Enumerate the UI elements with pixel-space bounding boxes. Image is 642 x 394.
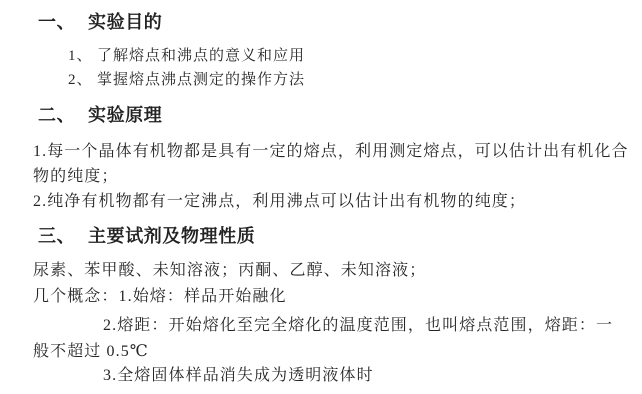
section-heading-3: 三、主要试剂及物理性质 [38,227,255,245]
paragraph-line: 1.每一个晶体有机物都是具有一定的熔点，利用测定熔点，可以估计出有机化合 [33,144,629,160]
paragraph-line: 般不超过 0.5℃ [33,344,149,360]
paragraph-line: 3.全熔固体样品消失成为透明液体时 [103,368,374,384]
list-item: 1、了解熔点和沸点的意义和应用 [68,49,305,64]
section-number: 二、 [38,106,88,124]
list-item-number: 2、 [68,73,97,88]
section-title: 主要试剂及物理性质 [88,226,255,246]
list-item-number: 1、 [68,49,97,64]
paragraph-line: 尿素、苯甲酸、未知溶液；丙酮、乙醇、未知溶液； [33,263,426,279]
list-item: 2、掌握熔点沸点测定的操作方法 [68,73,305,88]
section-title: 实验原理 [88,105,162,125]
paragraph-line: 2.纯净有机物都有一定沸点，利用沸点可以估计出有机物的纯度； [33,194,526,210]
section-number: 一、 [38,13,88,31]
paragraph-line: 2.熔距：开始熔化至完全熔化的温度范围，也叫熔点范围，熔距：一 [103,318,613,334]
section-heading-2: 二、实验原理 [38,106,162,124]
list-item-text: 掌握熔点沸点测定的操作方法 [97,72,305,88]
section-title: 实验目的 [88,12,162,32]
section-number: 三、 [38,227,88,245]
paragraph-line: 物的纯度； [33,169,119,185]
list-item-text: 了解熔点和沸点的意义和应用 [97,48,305,64]
paragraph-line: 几个概念：1.始熔：样品开始融化 [33,289,287,305]
document-page: 一、实验目的 1、了解熔点和沸点的意义和应用 2、掌握熔点沸点测定的操作方法 二… [0,0,642,394]
section-heading-1: 一、实验目的 [38,13,162,31]
